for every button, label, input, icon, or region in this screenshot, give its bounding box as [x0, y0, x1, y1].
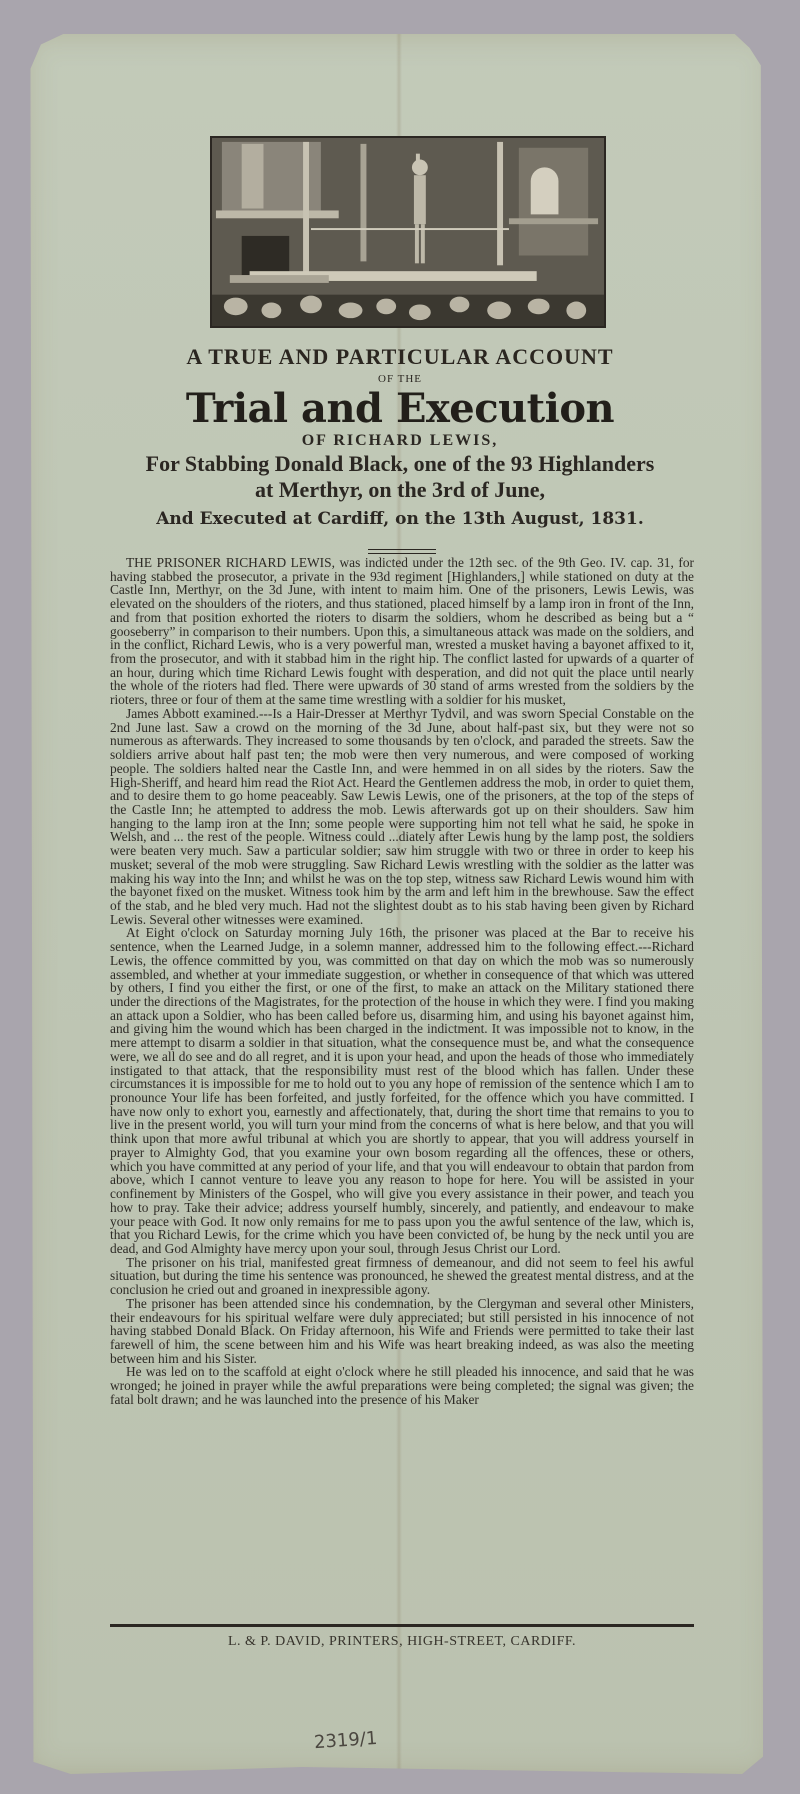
- paragraph-execution: He was led on to the scaffold at eight o…: [110, 1365, 694, 1406]
- heading-title-trial-execution: Trial and Execution: [100, 386, 700, 432]
- footer-divider: [110, 1624, 694, 1627]
- heading-line-charge: For Stabbing Donald Black, one of the 93…: [100, 452, 700, 476]
- woodcut-execution-illustration: [210, 136, 606, 328]
- heading-line-executed: And Executed at Cardiff, on the 13th Aug…: [100, 508, 700, 530]
- heading-line-of-richard-lewis: OF RICHARD LEWIS,: [100, 432, 700, 450]
- article-body: THE PRISONER RICHARD LEWIS, was indicted…: [110, 556, 694, 1407]
- paragraph-witness-abbott: James Abbott examined.---Is a Hair-Dress…: [110, 707, 694, 927]
- paragraph-condemnation: The prisoner has been attended since his…: [110, 1297, 694, 1366]
- printer-imprint: L. & P. DAVID, PRINTERS, HIGH-STREET, CA…: [110, 1634, 694, 1650]
- heading-line-true-account: A TRUE AND PARTICULAR ACCOUNT: [100, 344, 700, 370]
- header-divider: [368, 549, 436, 554]
- heading-line-of-the: OF THE: [100, 372, 700, 386]
- gallows-scene-icon: [212, 138, 604, 326]
- paragraph-sentence: At Eight o'clock on Saturday morning Jul…: [110, 926, 694, 1255]
- paragraph-indictment: THE PRISONER RICHARD LEWIS, was indicted…: [110, 556, 694, 707]
- catalog-number: 2319/1: [313, 1728, 378, 1753]
- heading-line-place-date: at Merthyr, on the 3rd of June,: [100, 478, 700, 502]
- paragraph-demeanour: The prisoner on his trial, manifested gr…: [110, 1256, 694, 1297]
- broadside-heading: A TRUE AND PARTICULAR ACCOUNT OF THE Tri…: [100, 344, 700, 530]
